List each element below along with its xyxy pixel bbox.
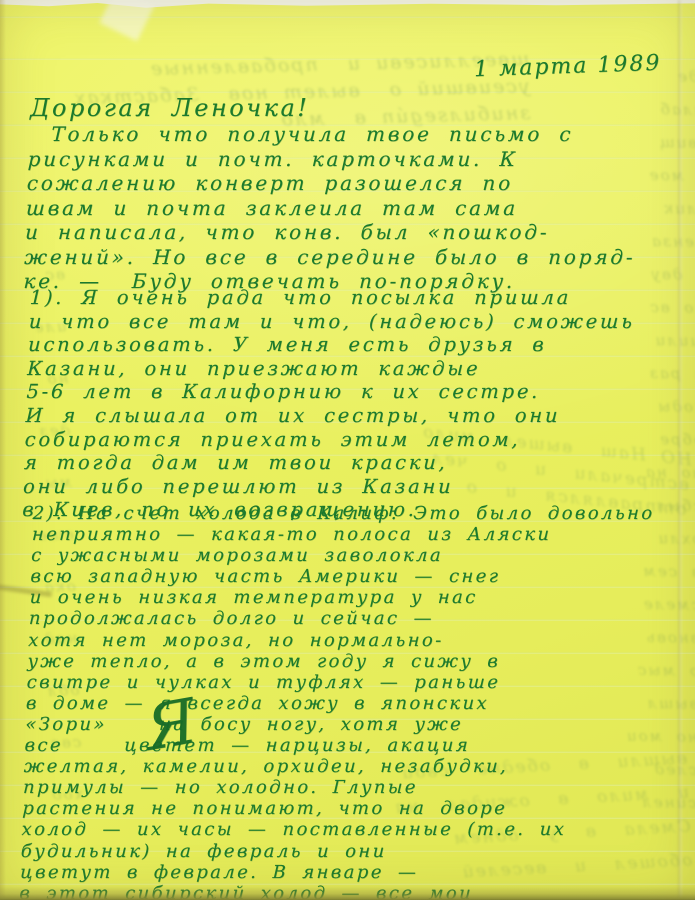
handwriting-line: швееллисеви и пробавленные <box>69 46 530 85</box>
handwriting-line: растения не понимают, что на дворе <box>22 798 688 819</box>
handwriting-line: 2). На счет холода в Калиф. Это было дов… <box>32 503 695 524</box>
handwriting-line: будильник) на февраль и они <box>20 841 686 862</box>
handwriting-line: всю западную часть Америки — снег <box>30 566 695 587</box>
handwriting-line: собираются приехать этим летом, <box>24 428 690 452</box>
handwriting-line: неприятно — какая-то полоса из Аляски <box>32 524 695 545</box>
letter-paragraph-point-2: 2). На счет холода в Калиф. Это было дов… <box>19 503 695 900</box>
handwriting-line: я тогда дам им твои краски, <box>24 451 690 475</box>
handwriting-line: продолжалась долго и сейчас — <box>29 608 695 629</box>
handwriting-line: использовать. У меня есть друзья в <box>28 333 694 357</box>
letter-date: 1 марта 1989 <box>473 51 661 83</box>
handwriting-line: свитре и чулках и туфлях — раньше <box>26 672 692 693</box>
letter-page: швееллисеви и пробавленныеусеивший о выл… <box>0 0 695 900</box>
handwriting-line: хотя нет мороза, но нормально- <box>28 630 694 651</box>
handwriting-line: все цветет — нарцизы, акация <box>24 735 690 756</box>
handwriting-line: 5-6 лет в Калифорнию к их сестре. <box>26 380 692 404</box>
handwriting-line: в доме — я всегда хожу в японских <box>26 693 692 714</box>
handwriting-line: цветут в феврале. В январе — <box>20 862 686 883</box>
handwriting-line: уже тепло, а в этом году я сижу в <box>27 651 693 672</box>
letter-paragraph-point-1: 1). Я очень рада что посылка пришлаи что… <box>22 286 695 522</box>
paper-left-shadow <box>0 0 6 900</box>
handwriting-line: с ужасными морозами заволокла <box>31 545 695 566</box>
handwriting-line: сожалению конверт разошелся по <box>26 171 692 196</box>
handwriting-line: примулы — но холодно. Глупые <box>23 777 689 798</box>
handwriting-line: Только что получила твое письмо с <box>28 122 694 147</box>
handwriting-line: «Зори» на босу ногу, хотя уже <box>25 714 691 735</box>
handwriting-line: и написала, что конв. был «пошкод- <box>25 220 691 245</box>
paper-crease-top <box>99 0 154 41</box>
handwriting-line: рисунками и почт. карточками. К <box>27 147 693 172</box>
paper-crease-right <box>678 0 682 900</box>
handwriting-line: желтая, камелии, орхидеи, незабудки, <box>23 756 689 777</box>
handwriting-line: жений». Но все в середине было в поряд- <box>24 245 690 270</box>
handwriting-line: и что все там и что, (надеюсь) сможешь <box>28 310 694 334</box>
handwriting-line: они либо перешлют из Казани <box>23 475 689 499</box>
paper-top-edge <box>0 0 695 10</box>
handwriting-line: холод — их часы — поставленные (т.е. их <box>21 819 687 840</box>
handwriting-line: швам и почта заклеила там сама <box>26 196 692 221</box>
letter-greeting: Дорогая Леночка! <box>30 94 309 122</box>
paper-bottom-edge <box>0 886 695 900</box>
letter-paragraph-intro: Только что получила твое письмо срисунка… <box>23 122 694 294</box>
handwriting-line: и очень низкая температура у нас <box>29 587 695 608</box>
handwriting-line: И я слышала от их сестры, что они <box>25 404 691 428</box>
handwriting-line: Казани, они приезжают каждые <box>27 357 693 381</box>
handwriting-line: 1). Я очень рада что посылка пришла <box>29 286 695 310</box>
handwriting-flourish: Я <box>141 690 201 760</box>
